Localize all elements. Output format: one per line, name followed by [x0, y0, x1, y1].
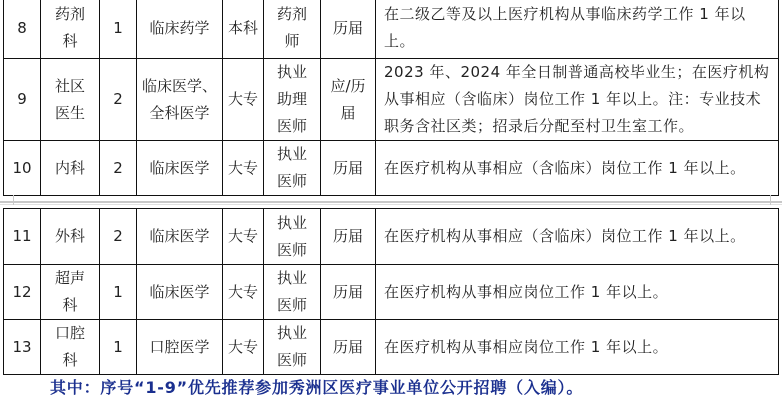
cell-edu: 大专	[223, 265, 264, 320]
cell-requirement: 在医疗机构从事相应岗位工作 1 年以上。	[376, 265, 779, 320]
table-row: 11 外科 2 临床医学 大专 执业医师 历届 在医疗机构从事相应（含临床）岗位…	[4, 209, 779, 265]
cell-count: 2	[100, 141, 137, 196]
cell-no: 13	[4, 320, 41, 375]
cell-count: 2	[100, 59, 137, 141]
cell-grad: 历届	[321, 209, 376, 265]
cell-count: 1	[100, 0, 137, 59]
cell-major: 临床医学	[137, 209, 223, 265]
table-row: 9 社区医生 2 临床医学、全科医学 大专 执业助理医师 应/历届 2023 年…	[4, 59, 779, 141]
cell-no: 8	[4, 0, 41, 59]
footer-note: 其中：序号“1-9”优先推荐参加秀洲区医疗事业单位公开招聘（入编）。	[50, 375, 583, 398]
page-break-line	[0, 204, 782, 205]
cell-count: 2	[100, 209, 137, 265]
cell-requirement: 在医疗机构从事相应岗位工作 1 年以上。	[376, 320, 779, 375]
cell-requirement: 2023 年、2024 年全日制普通高校毕业生；在医疗机构从事相应（含临床）岗位…	[376, 59, 779, 141]
cell-no: 9	[4, 59, 41, 141]
dept-text: 药剂科	[55, 5, 85, 50]
title-text: 执业医师	[277, 214, 307, 259]
cell-grad: 历届	[321, 141, 376, 196]
cell-edu: 大专	[223, 59, 264, 141]
cell-title: 执业医师	[264, 265, 321, 320]
cell-count: 1	[100, 320, 137, 375]
dept-text: 社区医生	[55, 77, 85, 122]
dept-text: 口腔科	[55, 324, 85, 369]
edu-text: 大专	[228, 227, 258, 245]
table-row: 8 药剂科 1 临床药学 本科 药剂师 历届 在二级乙等及以上医疗机构从事临床药…	[4, 0, 779, 59]
cell-dept: 超声科	[41, 265, 100, 320]
cell-dept: 口腔科	[41, 320, 100, 375]
title-text: 执业医师	[277, 324, 307, 369]
major-text: 临床医学	[149, 159, 209, 177]
recruitment-table-lower: 11 外科 2 临床医学 大专 执业医师 历届 在医疗机构从事相应（含临床）岗位…	[3, 208, 779, 375]
major-text: 口腔医学	[149, 338, 209, 356]
cell-dept: 内科	[41, 141, 100, 196]
cell-requirement: 在二级乙等及以上医疗机构从事临床药学工作 1 年以上。	[376, 0, 779, 59]
edu-text: 大专	[228, 159, 258, 177]
cell-requirement: 在医疗机构从事相应（含临床）岗位工作 1 年以上。	[376, 209, 779, 265]
cell-edu: 大专	[223, 209, 264, 265]
title-text: 执业医师	[277, 145, 307, 190]
cell-major: 临床医学、全科医学	[137, 59, 223, 141]
cell-title: 执业医师	[264, 209, 321, 265]
page-break-line	[0, 201, 782, 203]
cell-grad: 历届	[321, 265, 376, 320]
cell-major: 临床医学	[137, 265, 223, 320]
dept-text: 超声科	[55, 269, 85, 314]
edu-text: 大专	[228, 90, 258, 108]
cell-major: 临床医学	[137, 141, 223, 196]
cell-dept: 外科	[41, 209, 100, 265]
cell-title: 执业助理医师	[264, 59, 321, 141]
cell-major: 口腔医学	[137, 320, 223, 375]
cell-major: 临床药学	[137, 0, 223, 59]
cell-count: 1	[100, 265, 137, 320]
cell-no: 11	[4, 209, 41, 265]
table-row: 13 口腔科 1 口腔医学 大专 执业医师 历届 在医疗机构从事相应岗位工作 1…	[4, 320, 779, 375]
title-text: 药剂师	[277, 5, 307, 50]
major-text: 临床药学	[149, 19, 209, 37]
title-text: 执业助理医师	[277, 63, 307, 135]
cell-no: 12	[4, 265, 41, 320]
table-row: 10 内科 2 临床医学 大专 执业医师 历届 在医疗机构从事相应（含临床）岗位…	[4, 141, 779, 196]
cell-title: 执业医师	[264, 320, 321, 375]
major-text: 临床医学	[149, 283, 209, 301]
grad-text: 应/历届	[330, 77, 365, 122]
cell-title: 执业医师	[264, 141, 321, 196]
cell-grad: 历届	[321, 0, 376, 59]
major-text: 临床医学	[149, 227, 209, 245]
cell-edu: 大专	[223, 320, 264, 375]
cell-requirement: 在医疗机构从事相应（含临床）岗位工作 1 年以上。	[376, 141, 779, 196]
cell-edu: 本科	[223, 0, 264, 59]
cell-dept: 药剂科	[41, 0, 100, 59]
recruitment-table-upper: 8 药剂科 1 临床药学 本科 药剂师 历届 在二级乙等及以上医疗机构从事临床药…	[3, 0, 779, 196]
major-text: 临床医学、全科医学	[142, 77, 217, 122]
page-corner-mark	[770, 195, 771, 205]
title-text: 执业医师	[277, 269, 307, 314]
edu-text: 大专	[228, 338, 258, 356]
page-corner-mark	[13, 195, 14, 205]
table-row: 12 超声科 1 临床医学 大专 执业医师 历届 在医疗机构从事相应岗位工作 1…	[4, 265, 779, 320]
cell-dept: 社区医生	[41, 59, 100, 141]
edu-text: 大专	[228, 283, 258, 301]
edu-text: 本科	[228, 19, 258, 37]
cell-edu: 大专	[223, 141, 264, 196]
cell-no: 10	[4, 141, 41, 196]
cell-grad: 应/历届	[321, 59, 376, 141]
cell-title: 药剂师	[264, 0, 321, 59]
cell-grad: 历届	[321, 320, 376, 375]
